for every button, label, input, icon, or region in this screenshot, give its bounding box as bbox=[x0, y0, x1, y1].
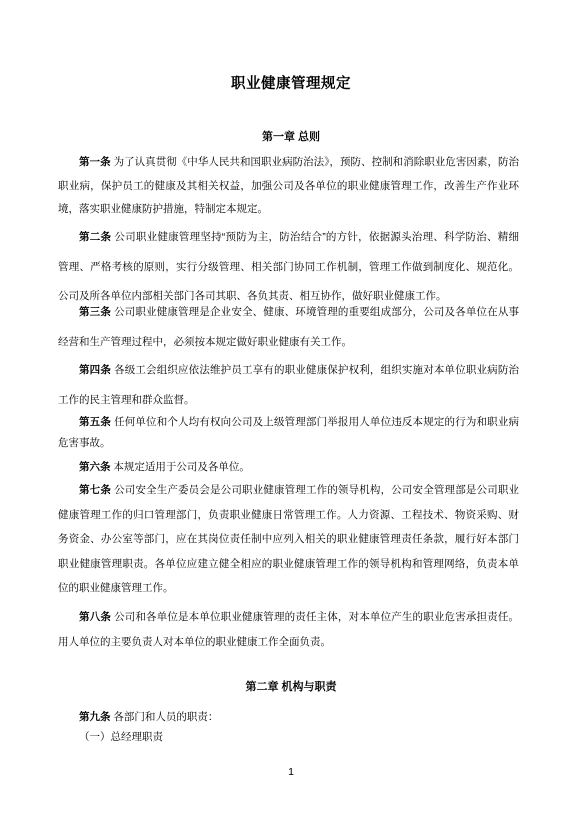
article-9-text: 各部门和人员的职责： bbox=[113, 711, 218, 723]
article-1-text: 为了认真贯彻《中华人民共和国职业病防治法》，预防、控制和消除职业危害因素，防治职… bbox=[58, 156, 519, 215]
article-7-text: 公司安全生产委员会是公司职业健康管理工作的领导机构，公司安全管理部是公司职业健康… bbox=[58, 484, 519, 594]
article-8-label: 第八条 bbox=[79, 611, 111, 623]
article-9-label: 第九条 bbox=[79, 711, 111, 723]
article-7-label: 第七条 bbox=[79, 484, 111, 496]
article-5-label: 第五条 bbox=[79, 416, 111, 428]
article-8-text: 公司和各单位是本单位职业健康管理的责任主体，对本单位产生的职业危害承担责任。用人… bbox=[58, 611, 519, 648]
article-8-paragraph: 第八条 公司和各单位是本单位职业健康管理的责任主体，对本单位产生的职业危害承担责… bbox=[58, 605, 519, 655]
article-6-paragraph: 第六条 本规定适用于公司及各单位。 bbox=[58, 456, 519, 479]
article-4-paragraph: 第四条 各级工会组织应依法维护员工享有的职业健康保护权利，组织实施对本单位职业病… bbox=[58, 355, 519, 415]
document-title: 职业健康管理规定 bbox=[0, 75, 582, 93]
article-5-text: 任何单位和个人均有权向公司及上级管理部门举报用人单位违反本规定的行为和职业病危害… bbox=[58, 416, 519, 449]
article-2-text: 公司职业健康管理坚持“预防为主，防治结合”的方针，依据源头治理、科学防治、精细管… bbox=[58, 231, 519, 302]
article-1-paragraph: 第一条 为了认真贯彻《中华人民共和国职业病防治法》，预防、控制和消除职业危害因素… bbox=[58, 151, 519, 222]
article-6-label: 第六条 bbox=[79, 461, 111, 473]
article-4-label: 第四条 bbox=[79, 364, 111, 376]
article-1-label: 第一条 bbox=[79, 156, 111, 168]
article-2-label: 第二条 bbox=[79, 231, 111, 243]
chapter-1-heading: 第一章 总则 bbox=[0, 130, 582, 145]
article-7-paragraph: 第七条 公司安全生产委员会是公司职业健康管理工作的领导机构，公司安全管理部是公司… bbox=[58, 478, 519, 601]
page-number: 1 bbox=[0, 765, 582, 779]
document-page: 职业健康管理规定 第一章 总则 第一条 为了认真贯彻《中华人民共和国职业病防治法… bbox=[0, 0, 582, 823]
article-4-text: 各级工会组织应依法维护员工享有的职业健康保护权利，组织实施对本单位职业病防治工作… bbox=[58, 364, 519, 406]
chapter-2-heading: 第二章 机构与职责 bbox=[0, 680, 582, 695]
article-5-paragraph: 第五条 任何单位和个人均有权向公司及上级管理部门举报用人单位违反本规定的行为和职… bbox=[58, 412, 519, 454]
article-3-label: 第三条 bbox=[79, 306, 111, 318]
article-3-text: 公司职业健康管理是企业安全、健康、环境管理的重要组成部分，公司及各单位在从事经营… bbox=[58, 306, 519, 348]
article-3-paragraph: 第三条 公司职业健康管理是企业安全、健康、环境管理的重要组成部分，公司及各单位在… bbox=[58, 297, 519, 357]
article-6-text: 本规定适用于公司及各单位。 bbox=[113, 461, 250, 473]
list-item-1: （一）总经理职责 bbox=[58, 726, 519, 749]
